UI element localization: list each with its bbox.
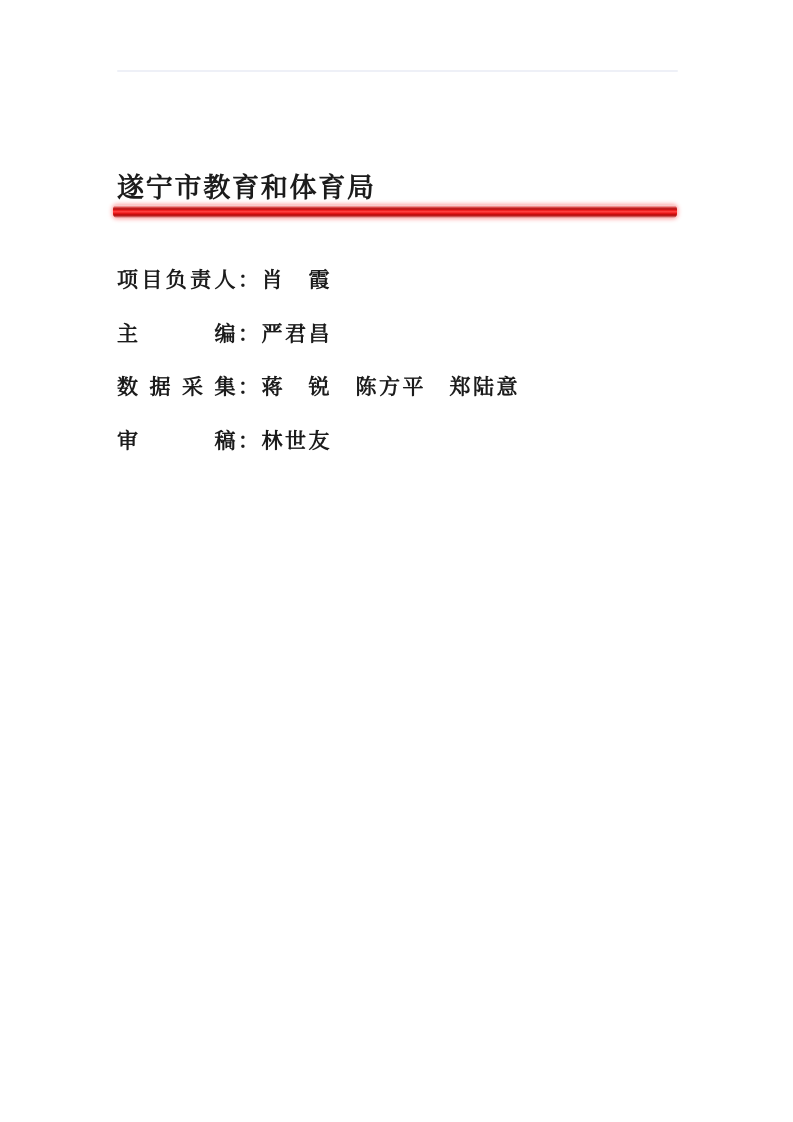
credit-line-reviewer: 审稿：林世友 <box>117 431 332 452</box>
credit-label: 审稿 <box>117 431 238 452</box>
credit-line-data-collection: 数据采集：蒋 锐 陈方平 郑陆意 <box>117 377 520 398</box>
credit-colon: ： <box>238 324 262 345</box>
credits-block: 项目负责人：肖 霞 主编：严君昌 数据采集：蒋 锐 陈方平 郑陆意 审稿：林世友 <box>0 0 793 1122</box>
credit-label: 数据采集 <box>117 377 238 398</box>
credit-colon: ： <box>238 270 262 291</box>
credit-value: 蒋 锐 陈方平 郑陆意 <box>262 377 521 398</box>
document-page: 遂宁市教育和体育局 项目负责人：肖 霞 主编：严君昌 数据采集：蒋 锐 陈方平 … <box>0 0 793 1122</box>
credit-label: 项目负责人 <box>117 270 238 291</box>
credit-colon: ： <box>238 431 262 452</box>
credit-value: 林世友 <box>262 431 333 452</box>
credit-colon: ： <box>238 377 262 398</box>
credit-value: 肖 霞 <box>262 270 333 291</box>
credit-value: 严君昌 <box>262 324 333 345</box>
credit-line-chief-editor: 主编：严君昌 <box>117 324 332 345</box>
credit-line-project-leader: 项目负责人：肖 霞 <box>117 270 332 291</box>
credit-label: 主编 <box>117 324 238 345</box>
